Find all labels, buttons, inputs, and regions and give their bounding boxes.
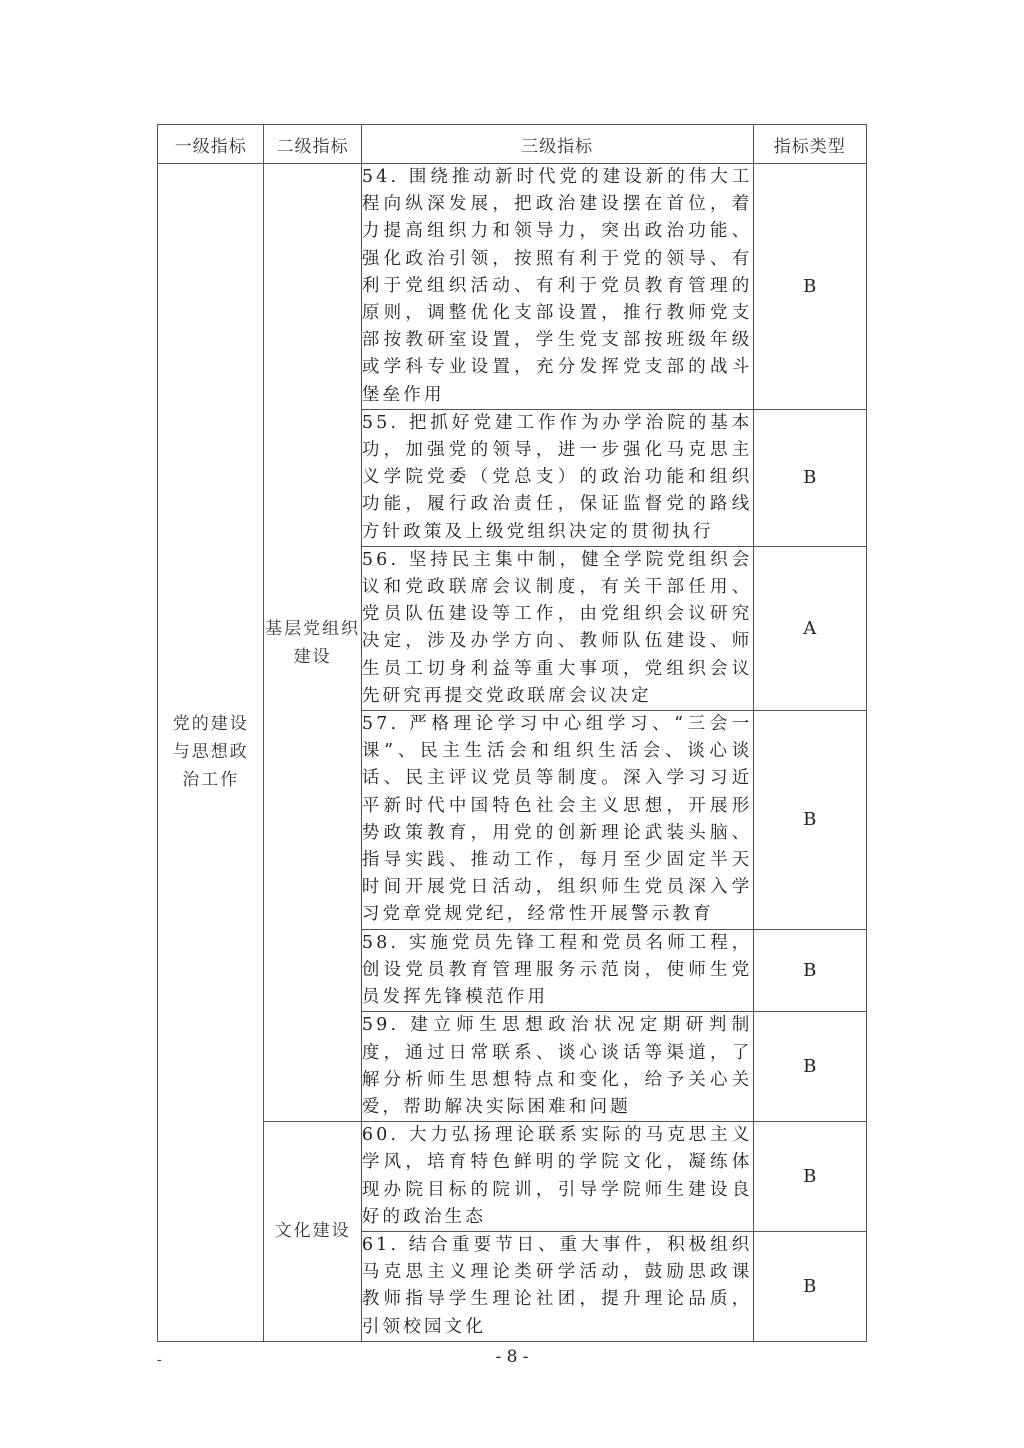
header-level2: 二级指标 bbox=[264, 125, 361, 164]
level3-cell: 54. 围绕推动新时代党的建设新的伟大工程向纵深发展，把政治建设摆在首位，着力提… bbox=[361, 164, 753, 410]
page-number: - 8 - bbox=[0, 1347, 1024, 1367]
header-type: 指标类型 bbox=[753, 125, 867, 164]
type-cell: B bbox=[753, 711, 867, 930]
document-page: 一级指标 二级指标 三级指标 指标类型 党的建设与思想政治工作 基层党组织建设 … bbox=[0, 0, 1024, 1448]
table-row: 文化建设 60. 大力弘扬理论联系实际的马克思主义学风，培育特色鲜明的学院文化，… bbox=[158, 1122, 867, 1232]
type-cell: B bbox=[753, 1122, 867, 1232]
type-cell: B bbox=[753, 929, 867, 1012]
indicator-table: 一级指标 二级指标 三级指标 指标类型 党的建设与思想政治工作 基层党组织建设 … bbox=[157, 124, 867, 1342]
level3-cell: 61. 结合重要节日、重大事件，积极组织马克思主义理论类研学活动，鼓励思政课教师… bbox=[361, 1231, 753, 1341]
level3-cell: 58. 实施党员先锋工程和党员名师工程，创设党员教育管理服务示范岗，使师生党员发… bbox=[361, 929, 753, 1012]
level3-cell: 56. 坚持民主集中制，健全学院党组织会议和党政联席会议制度，有关干部任用、党员… bbox=[361, 546, 753, 710]
type-cell: B bbox=[753, 1012, 867, 1122]
type-cell: B bbox=[753, 164, 867, 410]
table-row: 党的建设与思想政治工作 基层党组织建设 54. 围绕推动新时代党的建设新的伟大工… bbox=[158, 164, 867, 410]
level3-cell: 59. 建立师生思想政治状况定期研判制度，通过日常联系、谈心谈话等渠道，了解分析… bbox=[361, 1012, 753, 1122]
table-header-row: 一级指标 二级指标 三级指标 指标类型 bbox=[158, 125, 867, 164]
level2-cell: 基层党组织建设 bbox=[264, 164, 361, 1122]
type-cell: A bbox=[753, 546, 867, 710]
header-level1: 一级指标 bbox=[158, 125, 264, 164]
type-cell: B bbox=[753, 409, 867, 546]
header-level3: 三级指标 bbox=[361, 125, 753, 164]
level3-cell: 57. 严格理论学习中心组学习、“三会一课”、民主生活会和组织生活会、谈心谈话、… bbox=[361, 711, 753, 930]
type-cell: B bbox=[753, 1231, 867, 1341]
level3-cell: 55. 把抓好党建工作作为办学治院的基本功，加强党的领导，进一步强化马克思主义学… bbox=[361, 409, 753, 546]
level1-cell: 党的建设与思想政治工作 bbox=[158, 164, 264, 1342]
level2-cell: 文化建设 bbox=[264, 1122, 361, 1342]
level3-cell: 60. 大力弘扬理论联系实际的马克思主义学风，培育特色鲜明的学院文化，凝练体现办… bbox=[361, 1122, 753, 1232]
